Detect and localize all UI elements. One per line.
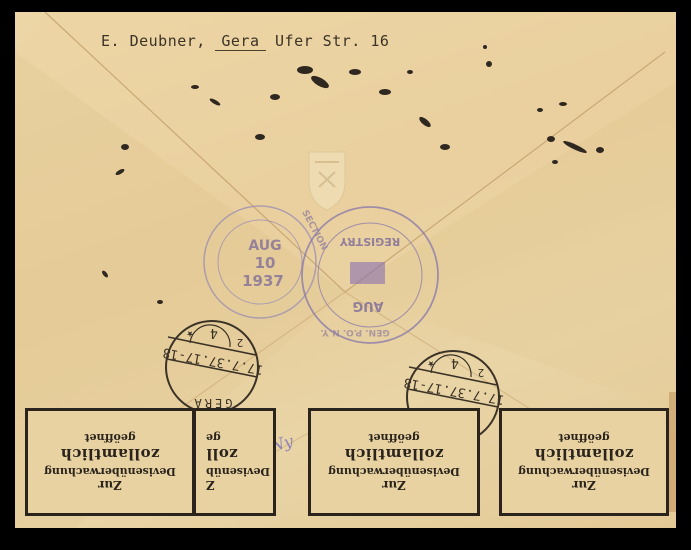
svg-text:AUG: AUG [248,238,281,254]
svg-text:★: ★ [186,328,193,342]
envelope-back: AUG 10 1937 SECTION REGISTRY AUG GEN. P.… [15,12,676,528]
customs-label: Zur Devisenüberwachung zollamtlich geöff… [308,408,480,516]
sender-street: Ufer Str. 16 [275,32,389,50]
svg-text:4: 4 [451,355,459,370]
customs-label-partial: Z Devisenüb zoll ge [194,408,276,516]
svg-text:★: ★ [427,358,434,372]
svg-text:4: 4 [210,325,218,340]
svg-text:GEN. P.O. N.Y.: GEN. P.O. N.Y. [320,327,389,337]
customs-label: Zur Devisenüberwachung zollamtlich geöff… [25,408,195,516]
edge-stain [669,392,676,512]
sender-city: Gera [215,32,265,51]
return-address: E. Deubner, Gera Ufer Str. 16 [101,32,389,50]
svg-text:2: 2 [237,336,244,349]
svg-text:17.7.37.17-18: 17.7.37.17-18 [403,374,506,406]
svg-text:10: 10 [255,254,276,272]
svg-text:REGISTRY: REGISTRY [339,235,400,248]
svg-text:2: 2 [478,366,485,379]
sender-name: E. Deubner, [101,32,206,50]
customs-label: Zur Devisenüberwachung zollamtlich geöff… [499,408,669,516]
svg-text:AUG: AUG [353,298,384,313]
svg-text:1937: 1937 [242,272,284,290]
